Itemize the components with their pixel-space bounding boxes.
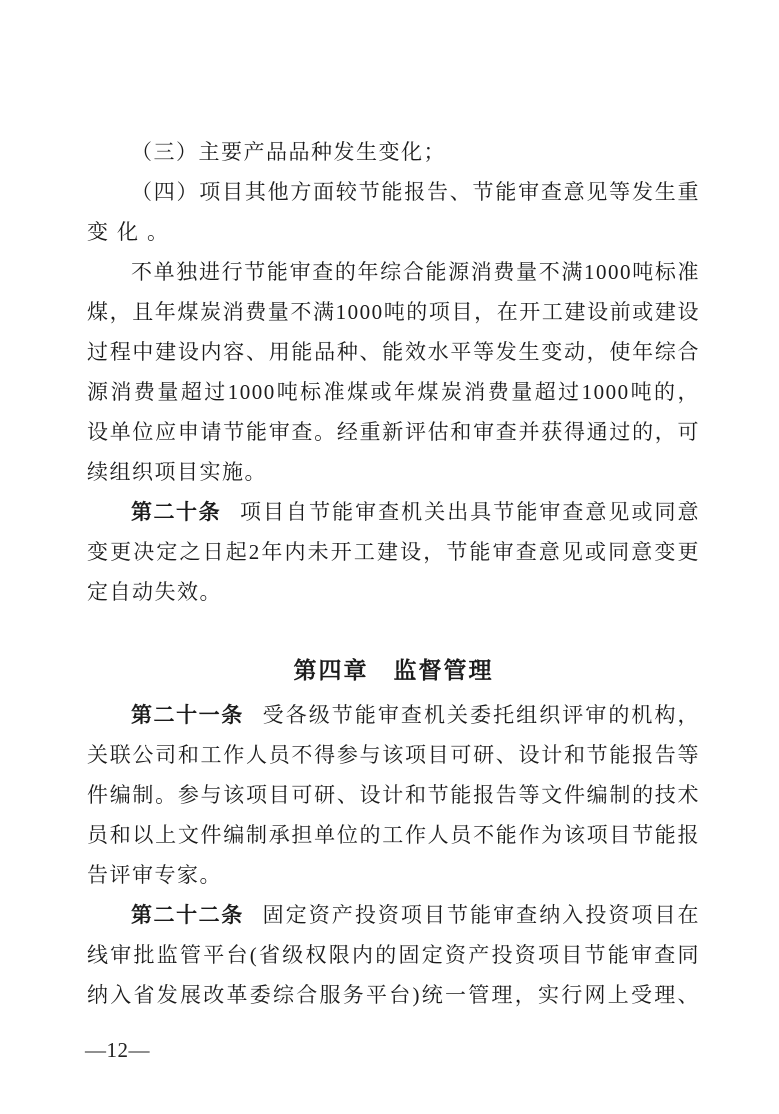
para-no-separate-review-line-4: 源消费量超过1000吨标准煤或年煤炭消费量超过1000吨的，建 [87,372,700,412]
article-22-line-3: 纳入省发展改革委综合服务平台)统一管理，实行网上受理、办 [87,975,700,1015]
para-no-separate-review-line-5: 设单位应申请节能审查。经重新评估和审查并获得通过的，可继 [87,412,700,452]
document-body: （三）主要产品品种发生变化； （四）项目其他方面较节能报告、节能审查意见等发生重… [87,132,700,1015]
chapter-4-heading: 第四章 监督管理 [87,650,700,690]
article-21-line-2: 关联公司和工作人员不得参与该项目可研、设计和节能报告等文 [87,735,700,775]
document-page: （三）主要产品品种发生变化； （四）项目其他方面较节能报告、节能审查意见等发生重… [0,0,779,1114]
para-no-separate-review-line-6: 续组织项目实施。 [87,452,700,492]
article-22-text: 固定资产投资项目节能审查纳入投资项目在 [263,903,700,927]
clause-item-3-line-1: （三）主要产品品种发生变化； [87,132,700,172]
page-number: —12— [85,1038,150,1062]
article-20-text: 项目自节能审查机关出具节能审查意见或同意 [240,500,700,524]
clause-item-4-line-2: 变化。 [87,212,700,252]
article-20-line-1: 第二十条项目自节能审查机关出具节能审查意见或同意 [87,492,700,532]
article-22-line-2: 线审批监管平台(省级权限内的固定资产投资项目节能审查同时 [87,935,700,975]
article-22-number: 第二十二条 [131,904,244,927]
clause-item-4-line-1: （四）项目其他方面较节能报告、节能审查意见等发生重大 [87,172,700,212]
article-21-line-5: 告评审专家。 [87,855,700,895]
para-no-separate-review-line-3: 过程中建设内容、用能品种、能效水平等发生变动，使年综合能 [87,332,700,372]
article-22-line-1: 第二十二条固定资产投资项目节能审查纳入投资项目在 [87,895,700,935]
article-20-line-3: 定自动失效。 [87,572,700,612]
article-20-number: 第二十条 [131,501,221,524]
para-no-separate-review-line-2: 煤，且年煤炭消费量不满1000吨的项目，在开工建设前或建设 [87,292,700,332]
article-21-line-1: 第二十一条受各级节能审查机关委托组织评审的机构，其 [87,695,700,735]
article-21-line-4: 员和以上文件编制承担单位的工作人员不能作为该项目节能报 [87,815,700,855]
article-21-line-3: 件编制。参与该项目可研、设计和节能报告等文件编制的技术人 [87,775,700,815]
article-20-line-2: 变更决定之日起2年内未开工建设，节能审查意见或同意变更决 [87,532,700,572]
para-no-separate-review-line-1: 不单独进行节能审查的年综合能源消费量不满1000吨标准 [87,252,700,292]
article-21-number: 第二十一条 [131,704,244,727]
